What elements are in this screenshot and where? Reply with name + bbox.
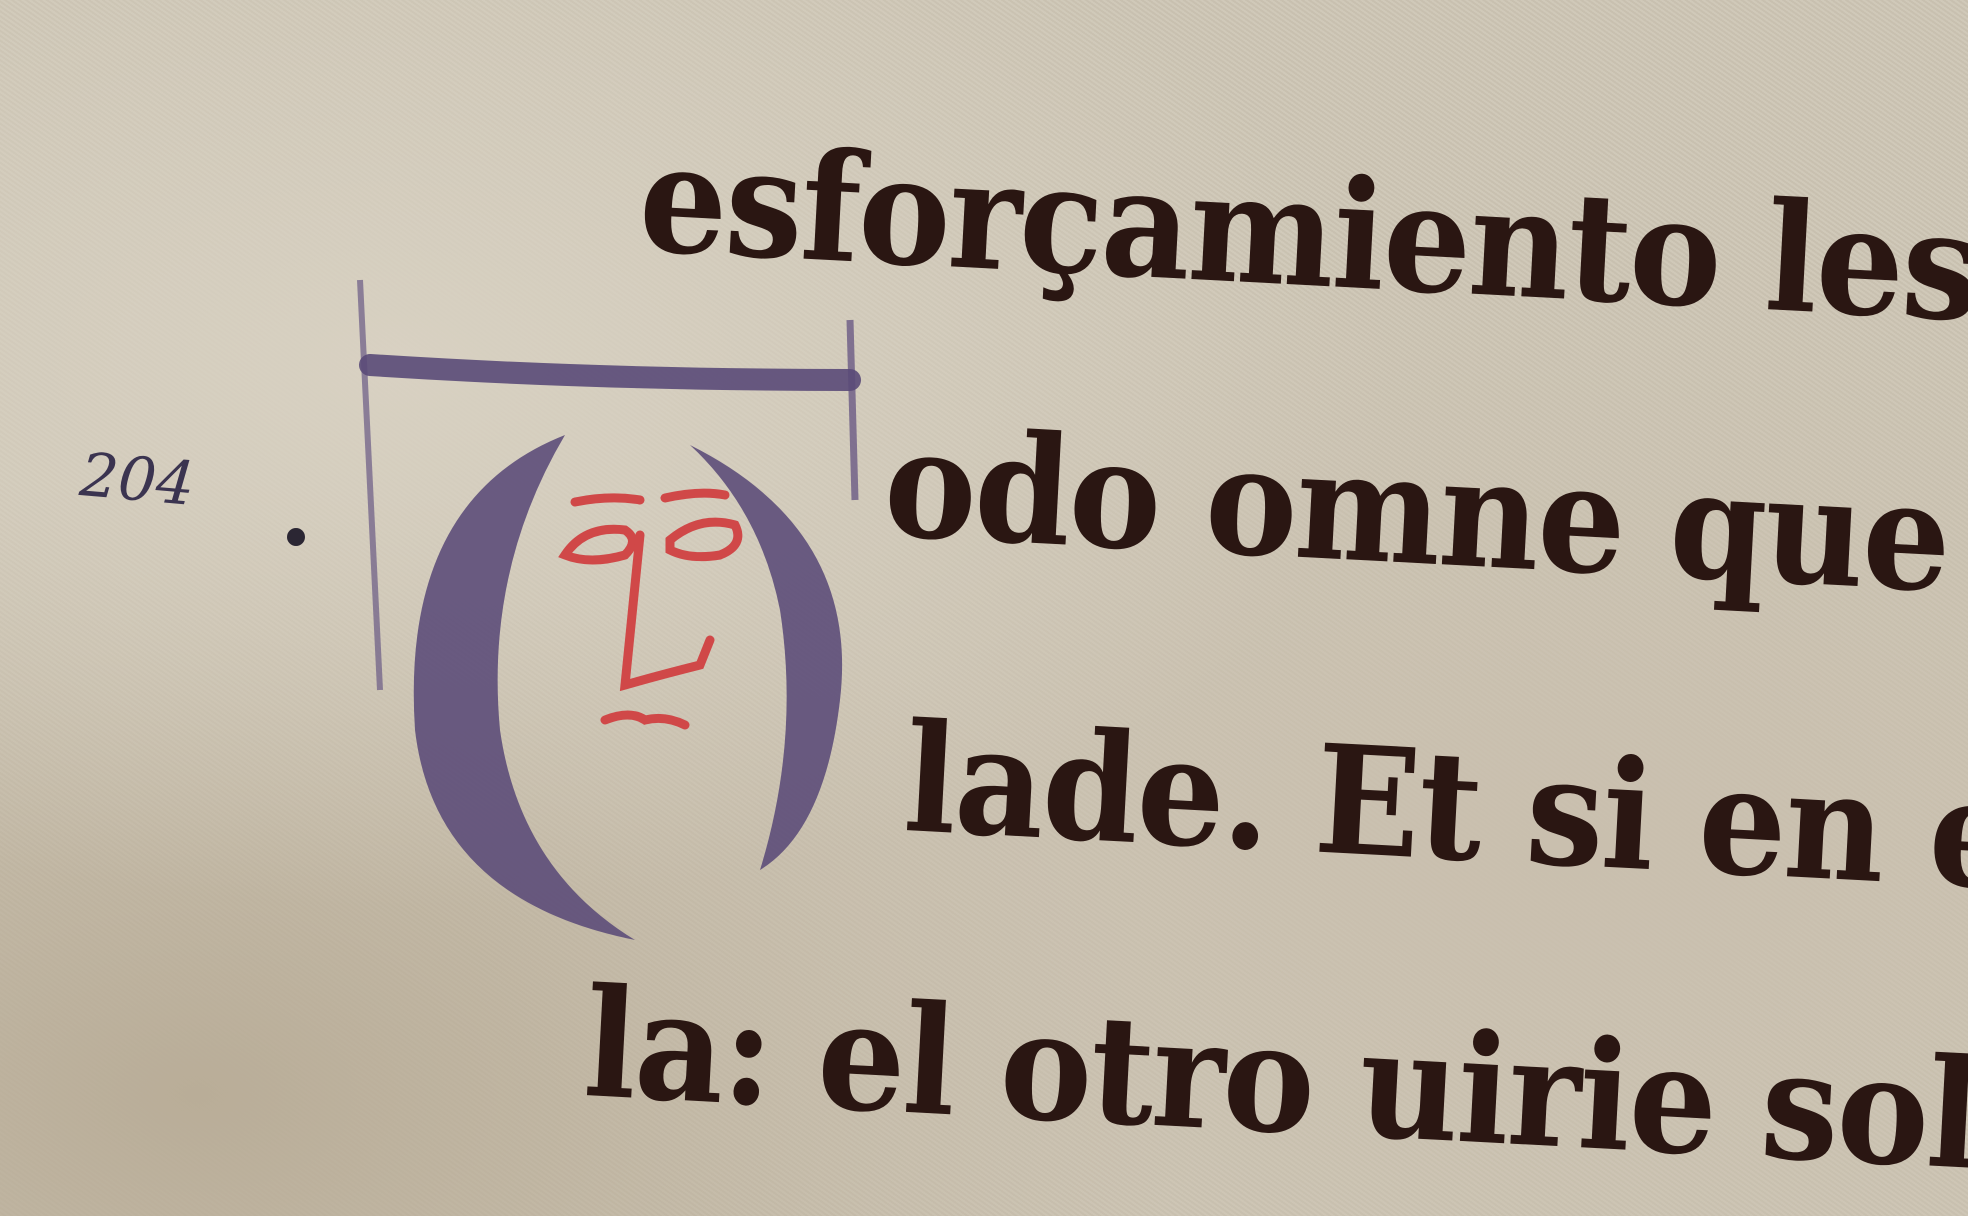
- folio-number: 204: [77, 440, 197, 520]
- text-line-2: odo omne que egual: [880, 395, 1968, 651]
- illuminated-initial-face-icon: [340, 270, 880, 960]
- text-line-4: la: el otro uirie solo.: [580, 955, 1968, 1211]
- margin-dot: [287, 528, 305, 546]
- manuscript-photo: 204 esforçamiento les odo omne que egual…: [0, 0, 1968, 1216]
- text-line-3: lade. Et si en es: [900, 690, 1968, 928]
